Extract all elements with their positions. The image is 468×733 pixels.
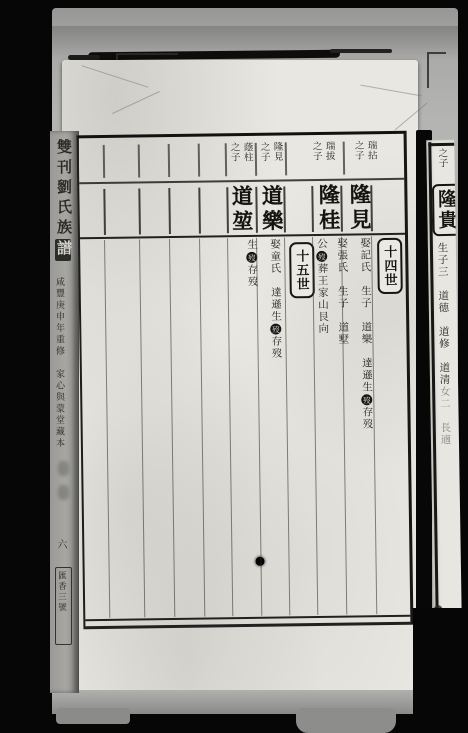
- cover-corner-mark-right: [427, 52, 446, 88]
- circled-char: 歿: [361, 394, 372, 405]
- father-suffix: 之子: [228, 142, 239, 180]
- column-separator: [283, 186, 286, 232]
- person-name: 隆桂: [314, 184, 339, 234]
- generation-label: 十四世: [383, 245, 397, 287]
- book-title-last-char: 譜: [55, 239, 71, 261]
- column-separator: [168, 144, 170, 177]
- person-details: 娶童氏 達遜生歿存歿: [262, 238, 282, 359]
- generation-marker: 十四世: [377, 238, 403, 294]
- column-separator: [198, 144, 200, 177]
- cover-edge-bottom-left: [56, 708, 130, 724]
- column-separator: [227, 238, 233, 616]
- stamp-box: 匯香三號: [55, 567, 72, 645]
- person-details: 生歿存歿: [239, 239, 258, 288]
- column-separator: [199, 239, 205, 617]
- generation-label: 十五世: [295, 249, 309, 291]
- father-note: 瑞拔之子: [308, 141, 334, 179]
- adjacent-page-border: [428, 143, 454, 146]
- bottom-rule-inner: [85, 615, 410, 622]
- column-separator: [284, 237, 290, 615]
- father-note: 蔭柱之子: [226, 142, 252, 180]
- column-separator: [168, 188, 171, 234]
- column-separator: [370, 185, 373, 231]
- father-suffix: 之子: [352, 140, 363, 178]
- circled-char: 歿: [270, 323, 281, 334]
- spine-label: 雙刊劉氏族譜 咸豐庚申年重修 家心與蒙堂藏本 六 匯香三號: [50, 131, 79, 693]
- shadow-patch: [413, 608, 468, 733]
- cover-edge-bottom-right: [296, 708, 396, 733]
- column-separator: [198, 188, 201, 234]
- person-details: 生子三 道德 道修 道清女二 長適: [436, 242, 450, 446]
- volume-number: 六: [55, 539, 65, 549]
- person-name: 道樂: [257, 184, 282, 234]
- person-name: 道堃: [227, 185, 252, 235]
- column-separator: [343, 142, 345, 175]
- person-details: 娶張氏 生子 道墅: [328, 238, 348, 346]
- father-suffix: 之子: [258, 142, 269, 180]
- column-separator: [340, 186, 343, 232]
- faded-text-smudge: [58, 461, 69, 476]
- edition-note: 咸豐庚申年重修: [55, 277, 64, 358]
- paper-crack: [112, 91, 160, 114]
- column-separator: [138, 144, 140, 177]
- column-separator: [139, 239, 145, 617]
- book-title-text: 雙刊劉氏族: [55, 139, 71, 239]
- column-separator: [103, 189, 106, 235]
- page-frame: 瑞拈之子 瑞拔之子 隆見之子 蔭柱之子 隆見 隆桂 道樂 道堃 十四世 十五世 …: [77, 131, 414, 630]
- column-separator: [138, 188, 141, 234]
- father-name: 隆見: [271, 141, 282, 179]
- paper-crack: [82, 65, 149, 88]
- genealogy-book-photo: 雙刊劉氏族譜 咸豐庚申年重修 家心與蒙堂藏本 六 匯香三號 瑞拈之子 瑞拔之子 …: [0, 0, 468, 733]
- father-name: 蔭柱: [241, 142, 252, 180]
- book-title: 雙刊劉氏族譜: [55, 139, 70, 261]
- person-details: 娶記氏 生子 道樂 達遜生歿存歿: [352, 237, 373, 430]
- ink-streak: [330, 49, 392, 53]
- repository-note: 家心與蒙堂藏本: [55, 369, 64, 450]
- father-name: 瑞拈: [365, 140, 376, 178]
- father-note: 瑞拈之子: [350, 140, 376, 178]
- stamp-text: 匯香三號: [56, 568, 67, 613]
- column-separator: [103, 145, 105, 178]
- father-suffix: 之子: [310, 141, 321, 179]
- person-name: 隆貴: [436, 189, 456, 231]
- father-name: 瑞拔: [323, 141, 334, 179]
- circled-char: 歿: [316, 251, 327, 262]
- father-note: 之子: [435, 148, 446, 168]
- column-separator: [285, 142, 287, 175]
- column-separator: [104, 240, 110, 618]
- person-name: 隆見: [345, 183, 370, 233]
- father-note: 隆見之子: [256, 141, 282, 179]
- column-separator: [169, 239, 175, 617]
- faded-text-smudge: [58, 485, 69, 500]
- paper-crack: [360, 85, 421, 97]
